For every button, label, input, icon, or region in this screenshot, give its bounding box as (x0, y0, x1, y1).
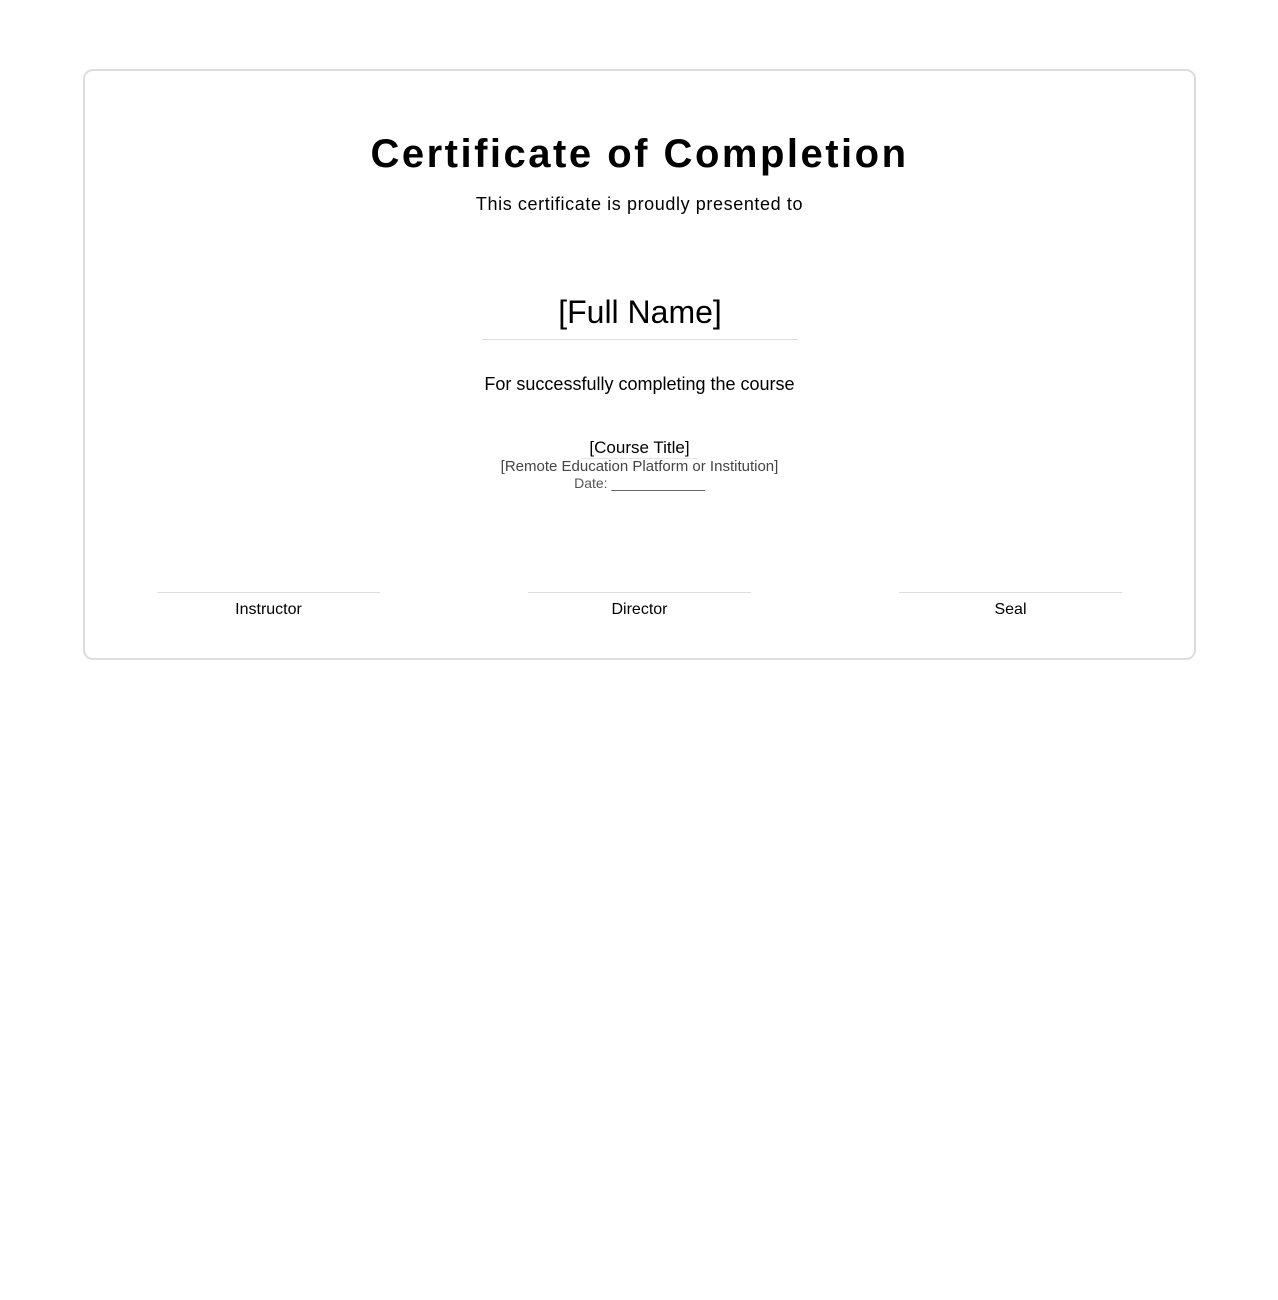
signature-seal: Seal (899, 592, 1122, 620)
presented-to-text: This certificate is proudly presented to (85, 193, 1194, 215)
signature-label: Instructor (157, 600, 380, 620)
course-title: [Course Title] (581, 438, 697, 459)
signature-label: Director (528, 600, 751, 620)
certificate-title: Certificate of Completion (85, 131, 1194, 177)
signature-director: Director (528, 592, 751, 620)
signature-row: Instructor Director Seal (157, 592, 1122, 620)
date-line: Date: ____________ (85, 475, 1194, 491)
institution-name: [Remote Education Platform or Institutio… (85, 458, 1194, 475)
signature-line (899, 592, 1122, 593)
course-intro-text: For successfully completing the course (85, 373, 1194, 395)
recipient-name: [Full Name] (482, 292, 798, 332)
signature-line (157, 592, 380, 593)
signature-line (528, 592, 751, 593)
course-details: [Course Title] [Remote Education Platfor… (85, 438, 1194, 491)
recipient-name-field: [Full Name] (482, 292, 798, 340)
signature-label: Seal (899, 600, 1122, 620)
certificate-card: Certificate of Completion This certifica… (83, 69, 1196, 660)
signature-instructor: Instructor (157, 592, 380, 620)
